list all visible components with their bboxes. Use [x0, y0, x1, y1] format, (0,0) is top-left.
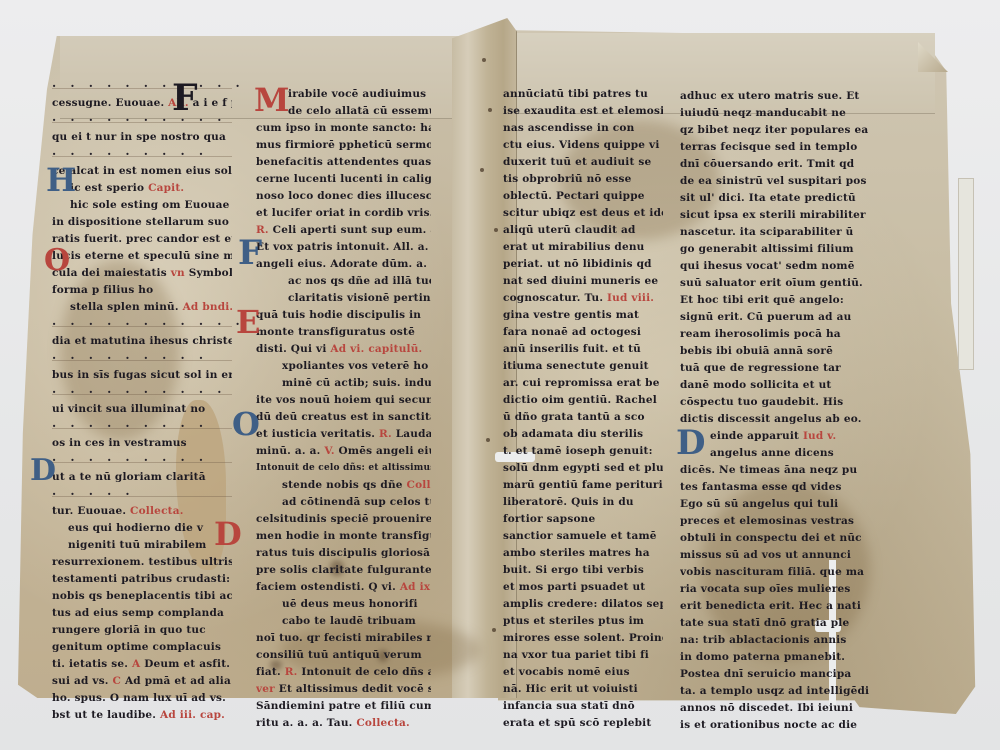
text-line: iuiudū neqz manducabit ne	[680, 105, 880, 122]
text-line: dia et matutina ihesus christe lux	[52, 333, 232, 350]
rubric: R.	[379, 428, 392, 440]
initial-letter: D	[214, 518, 242, 550]
rubric: ver	[256, 683, 275, 695]
text-line: in domo paterna pmanebit.	[680, 649, 880, 666]
text-line: in dispositione stellarum suo cōpa	[52, 214, 232, 231]
text-line: mus firmiorē ppheticū sermonē cui	[256, 137, 431, 154]
sewing-hole	[488, 108, 492, 112]
text-line: minē cū actib; suis. indu	[256, 375, 431, 392]
text-line: xpoliantes vos veterē ho	[256, 358, 431, 375]
text-line: scitur ubiqz est deus et ide	[503, 205, 663, 222]
text-line: cōspectu tuo gaudebit. His	[680, 394, 880, 411]
music-staff: · · · · · · · · · ·	[52, 112, 232, 129]
text-line: angeli eius. Adorate dūm. a. a. a. Colle…	[256, 256, 431, 273]
text-line: is et orationibus nocte ac die	[680, 717, 880, 734]
rubric: Collecta.	[130, 505, 184, 517]
text-line: rungere gloriā in quo tuc	[52, 622, 232, 639]
text-line: nas ascendisse in con	[503, 120, 663, 137]
text-line: ū dño grata tantū a sco	[503, 409, 663, 426]
text-line: celsitudinis speciē prouenire. qui ta	[256, 511, 431, 528]
rubric: Iud v.	[803, 430, 836, 442]
text-line: sanctior samuele et tamē	[503, 528, 663, 545]
initial-letter: E	[236, 306, 260, 338]
text-line: consiliū tuū antiquū verum	[256, 647, 431, 664]
text-line: na vxor tua pariet tibi fi	[503, 647, 663, 664]
music-staff: · · · · · · · · · · ·	[52, 78, 232, 95]
text-line: infancia sua statī dnō	[503, 698, 663, 715]
text-line: qz bibet neqz iter populares ea	[680, 122, 880, 139]
text-line: t. et tamē ioseph genuit:	[503, 443, 663, 460]
rubric: Coll.	[407, 479, 431, 491]
text-line: erat ut mirabilius denu	[503, 239, 663, 256]
text-line: erit benedicta erit. Hec a nati	[680, 598, 880, 615]
text-line: fortior sapsone	[503, 511, 663, 528]
text-line: angelus anne dicens	[680, 445, 880, 462]
text-line: genitum optime complacuis	[52, 639, 232, 656]
music-staff: · · · · · · · · ·	[52, 452, 232, 469]
text-line: ctu eius. Videns quippe vi	[503, 137, 663, 154]
text-line: ut a te nū gloriam claritā	[52, 469, 232, 486]
text-line: buit. Si ergo tibi verbis	[503, 562, 663, 579]
text-line: ise exaudita est et elemosi	[503, 103, 663, 120]
text-line: ti. ietatis se. A Deum et asfit.	[52, 656, 232, 673]
text-line: Postea dnī seruicio mancipa	[680, 666, 880, 683]
text-line: cerne lucenti lucenti in calig	[256, 171, 431, 188]
rubric: R.	[285, 666, 298, 678]
paper-tab	[958, 178, 974, 370]
initial-letter: H	[46, 164, 76, 196]
sewing-hole	[492, 628, 496, 632]
text-line: cula dei maiestatis vn Symbolus	[52, 265, 232, 282]
text-line: liberatorē. Quis in du	[503, 494, 663, 511]
text-line: nat sed diuini muneris ee	[503, 273, 663, 290]
text-line: claritatis visionē pertingere	[256, 290, 431, 307]
text-line: tes fantasma esse qd vides	[680, 479, 880, 496]
text-line: einde apparuit Iud v.	[680, 428, 880, 445]
text-line: noī tuo. qr fecisti mirabiles res	[256, 630, 431, 647]
text-line: ho. spus. O nam lux uī ad vs.	[52, 690, 232, 707]
text-line: duxerit tuū et audiuit se	[503, 154, 663, 171]
text-line: fiat. R. Intonuit de celo dñs a. a.	[256, 664, 431, 681]
text-line: nigeniti tuū mirabilem	[52, 537, 232, 554]
text-line: testamenti patribus crudasti:	[52, 571, 232, 588]
text-line: forma p filius ho	[52, 282, 232, 299]
initial-letter: O	[44, 246, 70, 276]
text-line: Ego sū sū angelus qui tuli	[680, 496, 880, 513]
text-line: signū erit. Cū puerum ad au	[680, 309, 880, 326]
text-line: ic est sperio Capit.	[52, 180, 232, 197]
text-line: et iusticia veritatis. R. Laudate do	[256, 426, 431, 443]
text-column-3: annūciatū tibi patres tu ise exaudita es…	[503, 86, 663, 732]
text-line: lucis eterne et speculū sine ma	[52, 248, 232, 265]
sewing-hole	[486, 438, 490, 442]
text-line: Intonuit de celo dñs: et altissimus dedi…	[256, 460, 431, 477]
text-line: suū saluator erit oīum gentiū.	[680, 275, 880, 292]
music-staff: · · · · ·	[52, 486, 232, 503]
rubric: A	[132, 658, 140, 670]
text-line: ritu a. a. a. Tau. Collecta.	[256, 715, 431, 732]
text-line: hic sole esting om Euouae	[52, 197, 232, 214]
rubric: Ad bndi.	[183, 301, 232, 313]
text-line: resurrexionem. testibus ultrisq	[52, 554, 232, 571]
text-line: annūciatū tibi patres tu	[503, 86, 663, 103]
text-line: stende nobis qs dñe Coll.	[256, 477, 431, 494]
text-line: cabo te laudē tribuam	[256, 613, 431, 630]
text-line: ratus tuis discipulis gloriosā	[256, 545, 431, 562]
text-column-1: · · · · · · · · · · · cessugne. Euouae. …	[52, 78, 232, 724]
text-line: go generabit altissimi filium	[680, 241, 880, 258]
text-line: itiuma senectute genuit	[503, 358, 663, 375]
rubric: C	[113, 675, 122, 687]
music-staff: · · · · · · · · ·	[52, 350, 232, 367]
text-line: ambo steriles matres ha	[503, 545, 663, 562]
text-line: ad cōtinendā sup celos tue	[256, 494, 431, 511]
text-column-2: irabile vocē audiuimus de celo allatā cū…	[256, 86, 431, 732]
text-line: ui vincit sua illuminat no	[52, 401, 232, 418]
text-line: obtuli in conspectu dei et nūc	[680, 530, 880, 547]
text-line: adhuc ex utero matris sue. Et	[680, 88, 880, 105]
rubric: Ad vi. capitulū.	[330, 343, 422, 355]
music-staff: · · · · · · · · ·	[52, 146, 232, 163]
text-line: os in ces in vestramus	[52, 435, 232, 452]
music-staff: · · · · · · · · · · ·	[52, 316, 232, 333]
text-line: nobis qs beneplacentis tibi ac	[52, 588, 232, 605]
text-line: na: trib ablactacionis annis	[680, 632, 880, 649]
text-line: et mos parti psuadet ut	[503, 579, 663, 596]
text-line: sicut ipsa ex sterili mirabiliter	[680, 207, 880, 224]
text-line: aliqū uterū claudit ad	[503, 222, 663, 239]
text-line: dnī cōuersando erit. Tmit qd	[680, 156, 880, 173]
text-line: mirores esse solent. Proinde	[503, 630, 663, 647]
text-line: men hodie in monte transfigu	[256, 528, 431, 545]
initial-letter: D	[30, 456, 56, 486]
sewing-hole	[482, 58, 486, 62]
text-line: bebis ibi obuiā annā sorē	[680, 343, 880, 360]
text-line: et vocabis nomē eius	[503, 664, 663, 681]
text-line: amplis credere: dilatos sepe	[503, 596, 663, 613]
text-line: ar. cui repromissa erat be	[503, 375, 663, 392]
rubric: vn	[171, 267, 185, 279]
text-line: ria vocata sup oīes mulieres	[680, 581, 880, 598]
text-line: danē modo sollicita et ut	[680, 377, 880, 394]
rubric: Collecta.	[356, 717, 410, 729]
text-line: pre solis claritate fulgurante	[256, 562, 431, 579]
text-line: fara nonaē ad octogesi	[503, 324, 663, 341]
text-line: Et vox patris intonuit. All. a. ver Omēs	[256, 239, 431, 256]
text-line: tate sua statī dnō gratia ple	[680, 615, 880, 632]
initial-letter: M	[254, 84, 289, 116]
text-line: cessugne. Euouae. All. a i e f p	[52, 95, 232, 112]
text-line: missus sū ad vos ut annunci	[680, 547, 880, 564]
text-line: dictio oim gentiū. Rachel	[503, 392, 663, 409]
text-line: tus ad eius semp complanda	[52, 605, 232, 622]
rubric: Ad ix. ca.	[400, 581, 431, 593]
text-line: R. Celi aperti sunt sup eum. a. a. V	[256, 222, 431, 239]
rubric: Ad iii. cap.	[160, 709, 225, 721]
text-line: gina vestre gentis mat	[503, 307, 663, 324]
text-line: stella splen minū. Ad bndi.	[52, 299, 232, 316]
text-line: Et hoc tibi erit quē angelo:	[680, 292, 880, 309]
text-line: anū inserilis fuit. et tū	[503, 341, 663, 358]
text-line: minū. a. a. V. Omēs angeli eius. ver	[256, 443, 431, 460]
text-line: monte transfiguratus ostē	[256, 324, 431, 341]
initial-letter: F	[238, 236, 262, 270]
text-line: periat. ut nō libidinis qd	[503, 256, 663, 273]
text-line: eus qui hodierno die v	[52, 520, 232, 537]
text-line: terras fecisque sed in templo	[680, 139, 880, 156]
text-line: noso loco donec dies illucescat	[256, 188, 431, 205]
text-line: preces et elemosinas vestras	[680, 513, 880, 530]
music-staff: · · · · · · · · · ·	[52, 384, 232, 401]
text-column-4: adhuc ex utero matris sue. Et iuiudū neq…	[680, 88, 880, 734]
text-line: disti. Qui vi Ad vi. capitulū.	[256, 341, 431, 358]
rubric: Capit.	[148, 182, 184, 194]
music-staff: · · · · · · · · ·	[52, 418, 232, 435]
text-line: ta. a templo usqz ad intelligēdi	[680, 683, 880, 700]
text-line: tis obprobriū nō esse	[503, 171, 663, 188]
text-line: qui ihesus vocat' sedm nomē	[680, 258, 880, 275]
text-line: erata et spū scō replebit	[503, 715, 663, 732]
text-line: bus in sīs fugas sicut sol in er	[52, 367, 232, 384]
text-line: bst ut te laudibe. Ad iii. cap.	[52, 707, 232, 724]
text-line: oblectū. Pectari quippe	[503, 188, 663, 205]
rubric: V.	[324, 445, 334, 457]
initial-letter: O	[232, 408, 260, 440]
text-line: dictis discessit angelus ab eo.	[680, 411, 880, 428]
text-line: de ea sinistrū vel suspitari pos	[680, 173, 880, 190]
text-line: ptus et steriles ptus im	[503, 613, 663, 630]
text-line: tur. Euouae. Collecta.	[52, 503, 232, 520]
text-line: benefacitis attendentes quasi lu	[256, 154, 431, 171]
text-line: dū deū creatus est in sanctitate	[256, 409, 431, 426]
sewing-hole	[494, 228, 498, 232]
text-line: ream iherosolimis pocā ha	[680, 326, 880, 343]
text-line: solū dnm egypti sed et plu	[503, 460, 663, 477]
text-line: ac nos qs dñe ad illā tue	[256, 273, 431, 290]
text-line: tuā que de regressione tar	[680, 360, 880, 377]
text-line: ratis fuerit. prec candor est eu	[52, 231, 232, 248]
text-line: faciem ostendisti. Q vi. Ad ix. ca.	[256, 579, 431, 596]
text-line: Sāndiemini patre et filiū cum sco spi	[256, 698, 431, 715]
text-line: ob adamata diu sterilis	[503, 426, 663, 443]
text-line: vobis nascituram filiā. que ma	[680, 564, 880, 581]
text-line: et lucifer oriat in cordib vris.	[256, 205, 431, 222]
text-line: marū gentiū fame perituri	[503, 477, 663, 494]
text-line: cognoscatur. Tu. Iud viii.	[503, 290, 663, 307]
sewing-hole	[480, 168, 484, 172]
text-line: qu ei t nur in spe nostro qua	[52, 129, 232, 146]
rubric: Iud viii.	[607, 292, 654, 304]
text-line: dicēs. Ne timeas āna neqz pu	[680, 462, 880, 479]
text-line: annos nō discedet. Ibi ieiuni	[680, 700, 880, 717]
text-line: ver Et altissimus dedit vocē suā. ver	[256, 681, 431, 698]
initial-letter: F	[172, 80, 198, 116]
text-line: quā tuis hodie discipulis in	[256, 307, 431, 324]
initial-letter: D	[676, 426, 705, 460]
text-line: cum ipso in monte sancto: habe	[256, 120, 431, 137]
text-line: nascetur. ita sciparabiliter ū	[680, 224, 880, 241]
text-line: ite vos nouū hoiem qui secun	[256, 392, 431, 409]
text-line: nā. Hic erit ut voiuisti	[503, 681, 663, 698]
text-line: sit ul' dici. Ita etate predictū	[680, 190, 880, 207]
text-line: uē deus meus honorifi	[256, 596, 431, 613]
text-line: ce alcat in est nomen eius solus.	[52, 163, 232, 180]
text-line: sui ad vs. C Ad pmā et ad alia	[52, 673, 232, 690]
